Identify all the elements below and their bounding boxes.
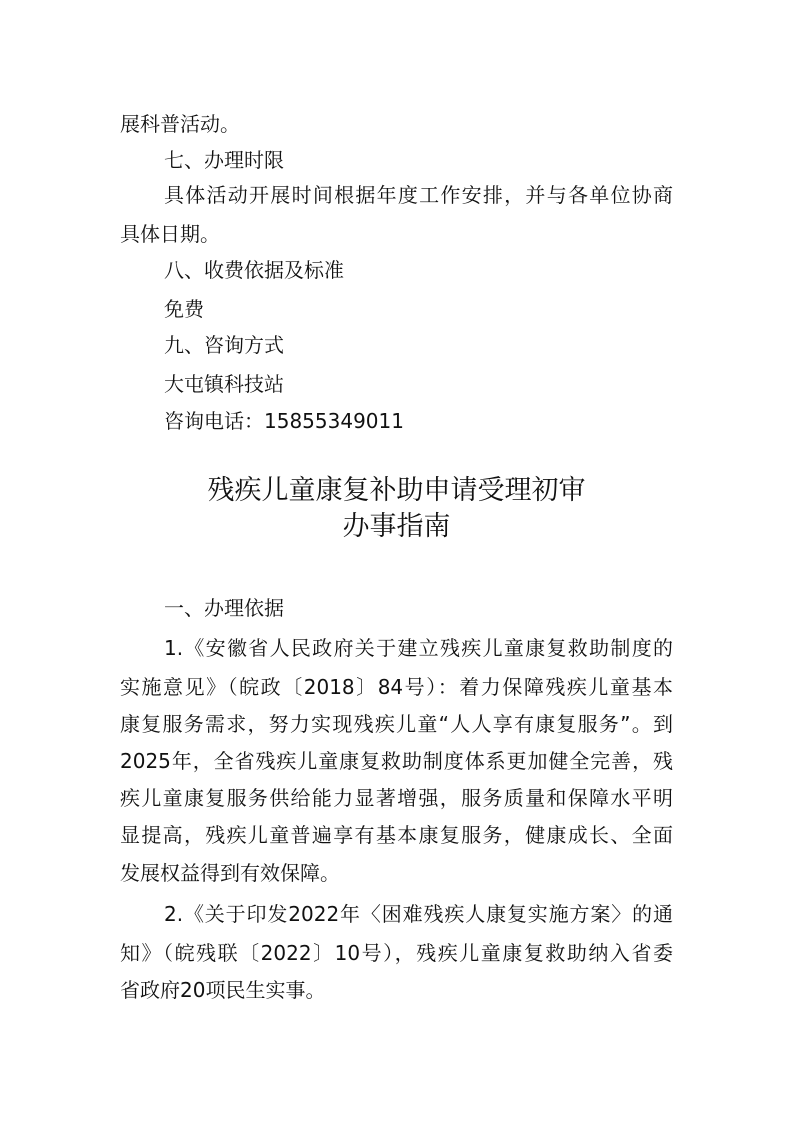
text-line: 具体活动开展时间根据年度工作安排，并与各单位协商	[164, 183, 673, 207]
text-line: 省政府20项民生实事。	[120, 978, 325, 1002]
title-line-1: 残疾儿童康复补助申请受理初审	[0, 474, 793, 508]
section-heading-basis: 一、办理依据	[164, 596, 284, 620]
title-line-2: 办事指南	[0, 510, 793, 544]
text-line: 2025年，全省残疾儿童康复救助制度体系更加健全完善，残	[120, 749, 673, 773]
section-heading-contact: 九、咨询方式	[164, 333, 284, 357]
text-line: 展科普活动。	[120, 112, 240, 136]
contact-organization: 大屯镇科技站	[164, 372, 284, 396]
text-line: 实施意见》（皖政〔2018〕84号）：着力保障残疾儿童基本	[120, 675, 673, 699]
fee-value: 免费	[164, 297, 204, 321]
text-line: 疾儿童康复服务供给能力显著增强，服务质量和保障水平明	[120, 786, 673, 810]
text-line: 康复服务需求，努力实现残疾儿童“人人享有康复服务”。到	[120, 712, 673, 736]
text-line: 知》（皖残联〔2022〕10号），残疾儿童康复救助纳入省委	[120, 941, 673, 965]
text-line: 具体日期。	[120, 222, 220, 246]
text-line: 2.《关于印发2022年〈困难残疾人康复实施方案〉的通	[164, 902, 673, 926]
contact-phone: 咨询电话：15855349011	[164, 409, 404, 433]
text-line: 发展权益得到有效保障。	[120, 861, 340, 885]
text-line: 显提高，残疾儿童普遍享有基本康复服务，健康成长、全面	[120, 823, 673, 847]
text-line: 1.《安徽省人民政府关于建立残疾儿童康复救助制度的	[164, 636, 673, 660]
section-heading-time-limit: 七、办理时限	[164, 148, 284, 172]
section-heading-fees: 八、收费依据及标准	[164, 258, 344, 282]
